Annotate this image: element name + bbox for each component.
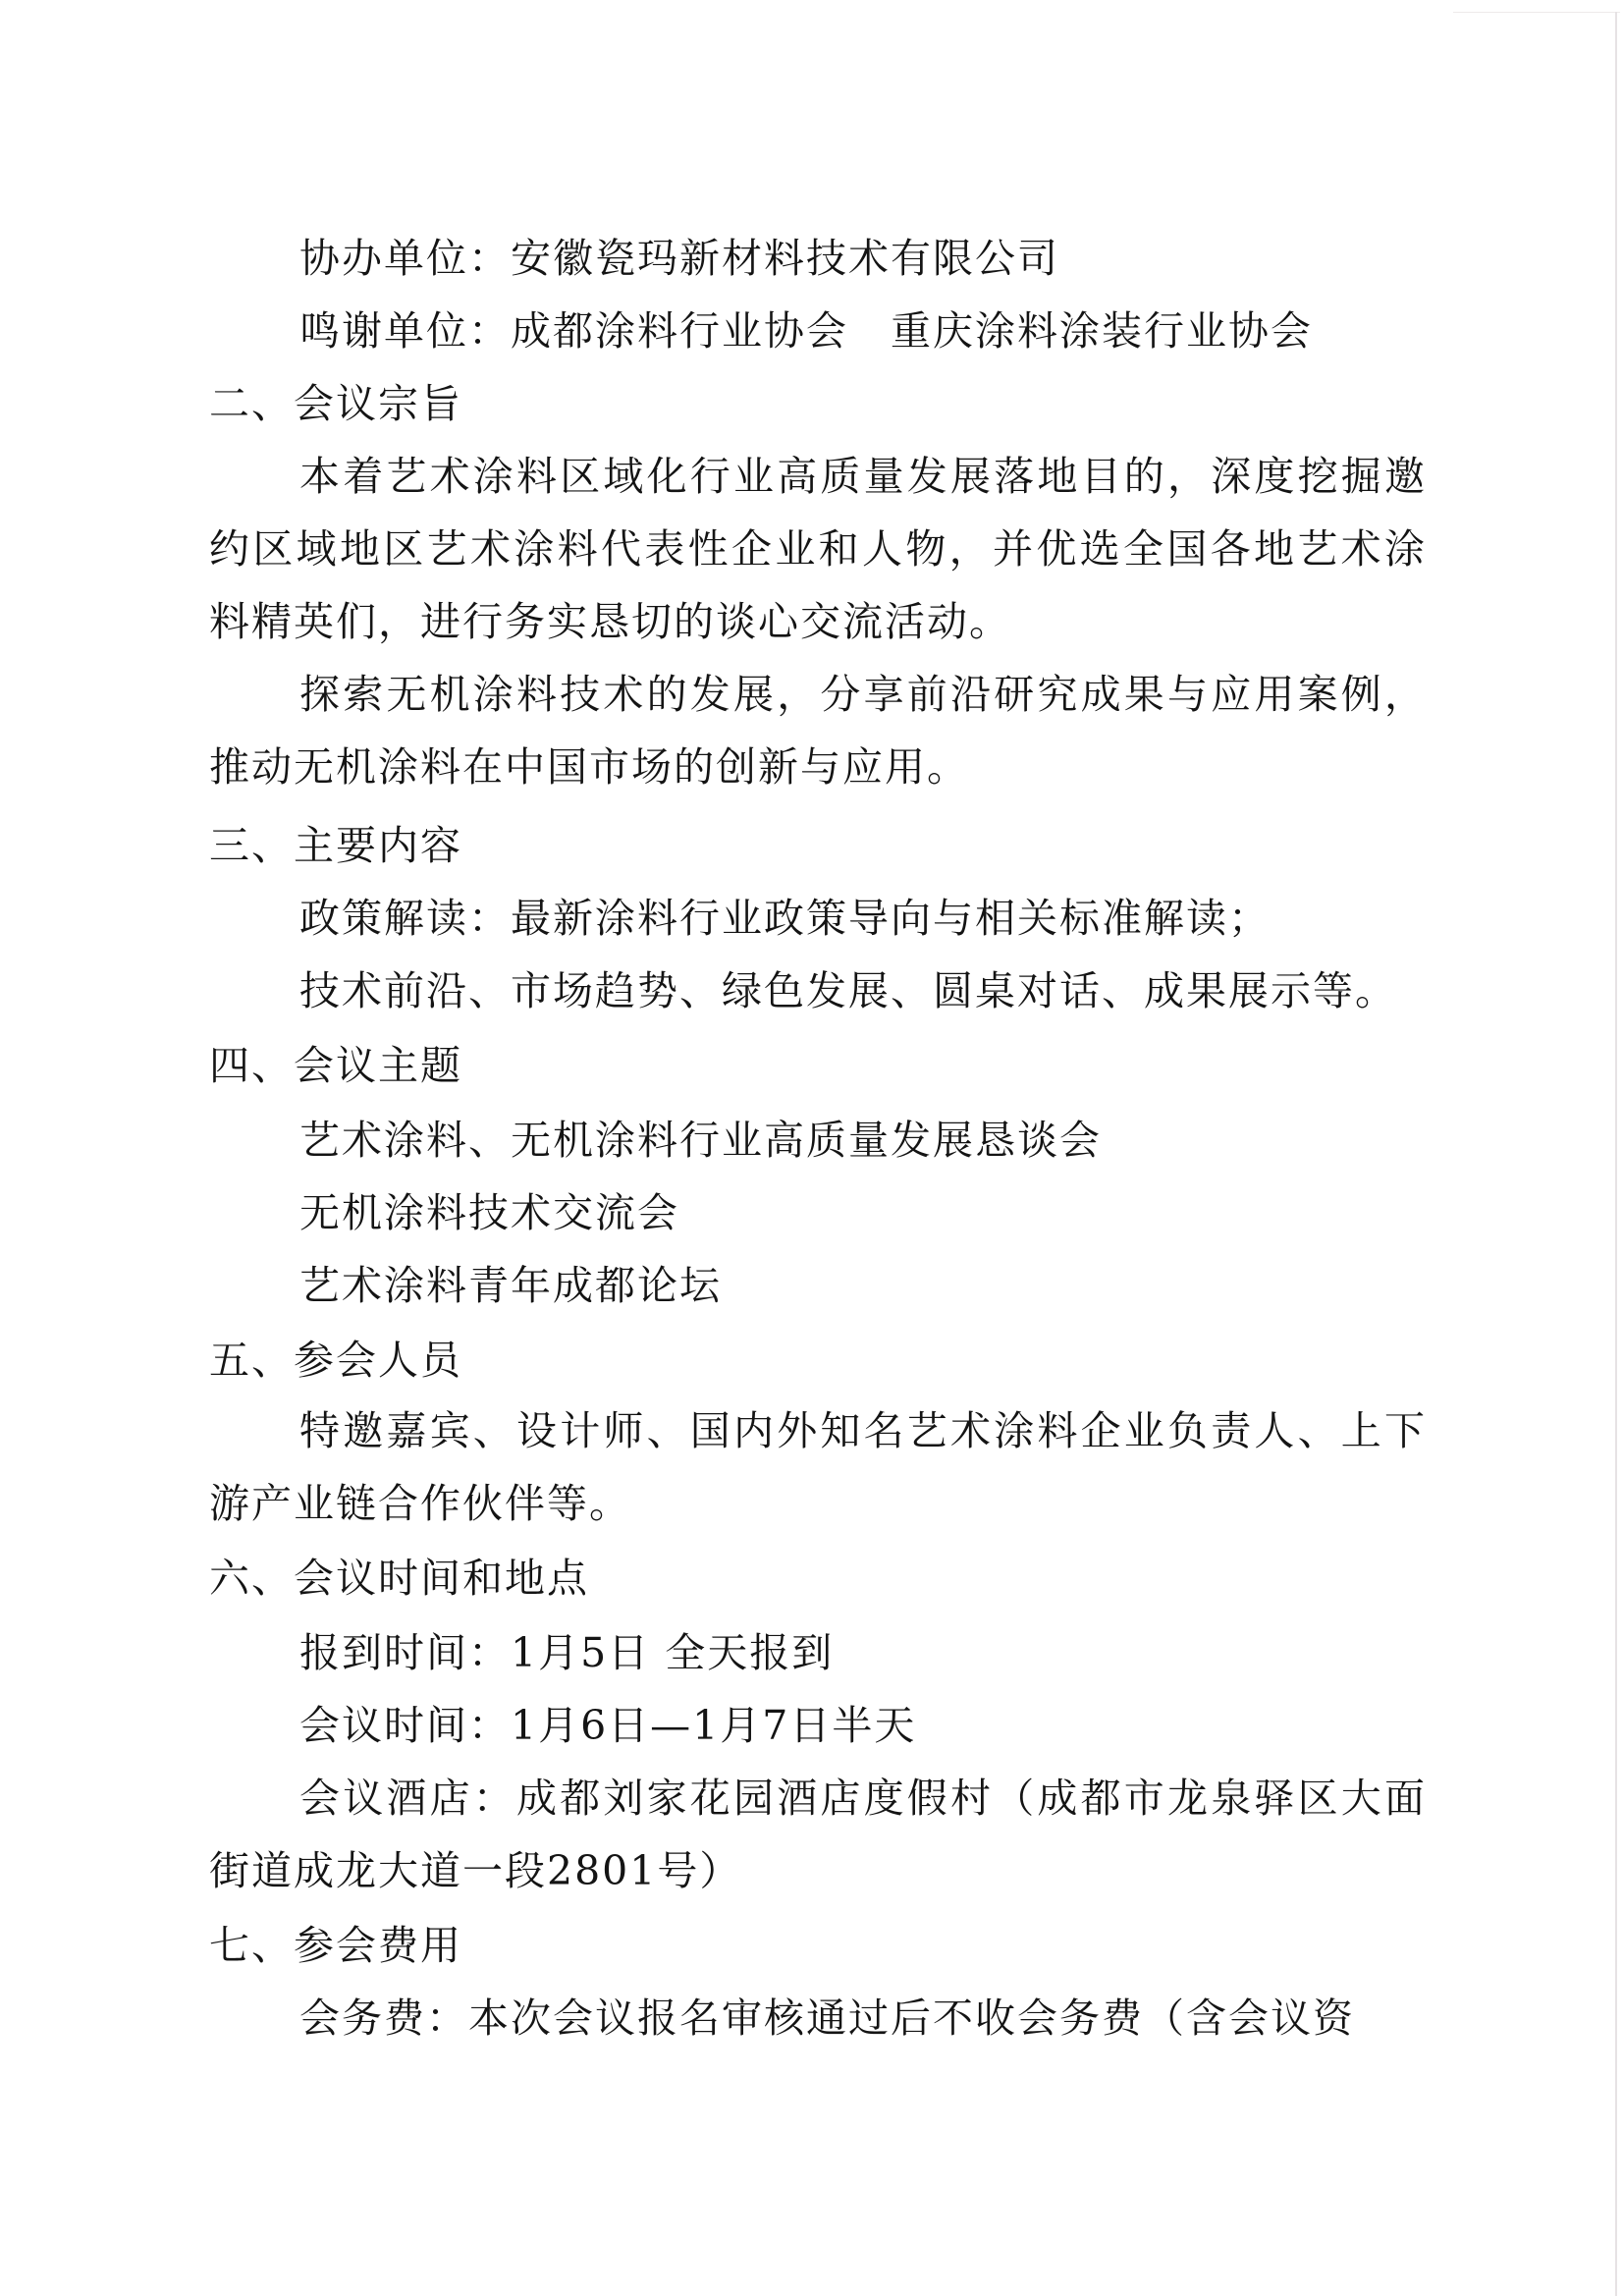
section-heading-attendees: 五、参会人员 — [209, 1336, 462, 1385]
acknowledgement-label: 鸣谢单位： — [299, 307, 511, 355]
scan-edge-right — [1615, 12, 1617, 2296]
co-organizer-line: 协办单位：安徽瓷玛新材料技术有限公司 — [299, 234, 1059, 283]
acknowledgement-value: 成都涂料行业协会 重庆涂料涂装行业协会 — [511, 307, 1313, 355]
theme-item-2: 无机涂料技术交流会 — [299, 1188, 679, 1237]
section-heading-main-content: 三、主要内容 — [209, 821, 462, 870]
section-heading-time-place: 六、会议时间和地点 — [209, 1554, 589, 1603]
scan-edge-top — [1453, 12, 1620, 13]
main-content-policy: 政策解读：最新涂料行业政策导向与相关标准解读； — [299, 894, 1271, 943]
section-heading-purpose: 二、会议宗旨 — [209, 379, 462, 428]
main-content-topics: 技术前沿、市场趋势、绿色发展、圆桌对话、成果展示等。 — [299, 966, 1397, 1015]
registration-time: 报到时间：1月5日 全天报到 — [299, 1628, 834, 1677]
co-organizer-value: 安徽瓷玛新材料技术有限公司 — [511, 235, 1059, 282]
theme-item-3: 艺术涂料青年成都论坛 — [299, 1261, 722, 1310]
attendees-paragraph: 特邀嘉宾、设计师、国内外知名艺术涂料企业负责人、上下游产业链合作伙伴等。 — [209, 1394, 1427, 1540]
acknowledgement-line: 鸣谢单位：成都涂料行业协会 重庆涂料涂装行业协会 — [299, 306, 1313, 355]
purpose-paragraph-1: 本着艺术涂料区域化行业高质量发展落地目的，深度挖掘邀约区域地区艺术涂料代表性企业… — [209, 440, 1427, 658]
section-heading-theme: 四、会议主题 — [209, 1041, 462, 1090]
meeting-hotel: 会议酒店：成都刘家花园酒店度假村（成都市龙泉驿区大面街道成龙大道一段2801号） — [209, 1762, 1427, 1907]
section-heading-fees: 七、参会费用 — [209, 1921, 462, 1970]
co-organizer-label: 协办单位： — [299, 235, 511, 282]
theme-item-1: 艺术涂料、无机涂料行业高质量发展恳谈会 — [299, 1116, 1102, 1165]
meeting-time: 会议时间：1月6日—1月7日半天 — [299, 1701, 916, 1750]
purpose-paragraph-2: 探索无机涂料技术的发展，分享前沿研究成果与应用案例，推动无机涂料在中国市场的创新… — [209, 658, 1427, 803]
conference-fee: 会务费：本次会议报名审核通过后不收会务费（含会议资 — [299, 1994, 1355, 2043]
